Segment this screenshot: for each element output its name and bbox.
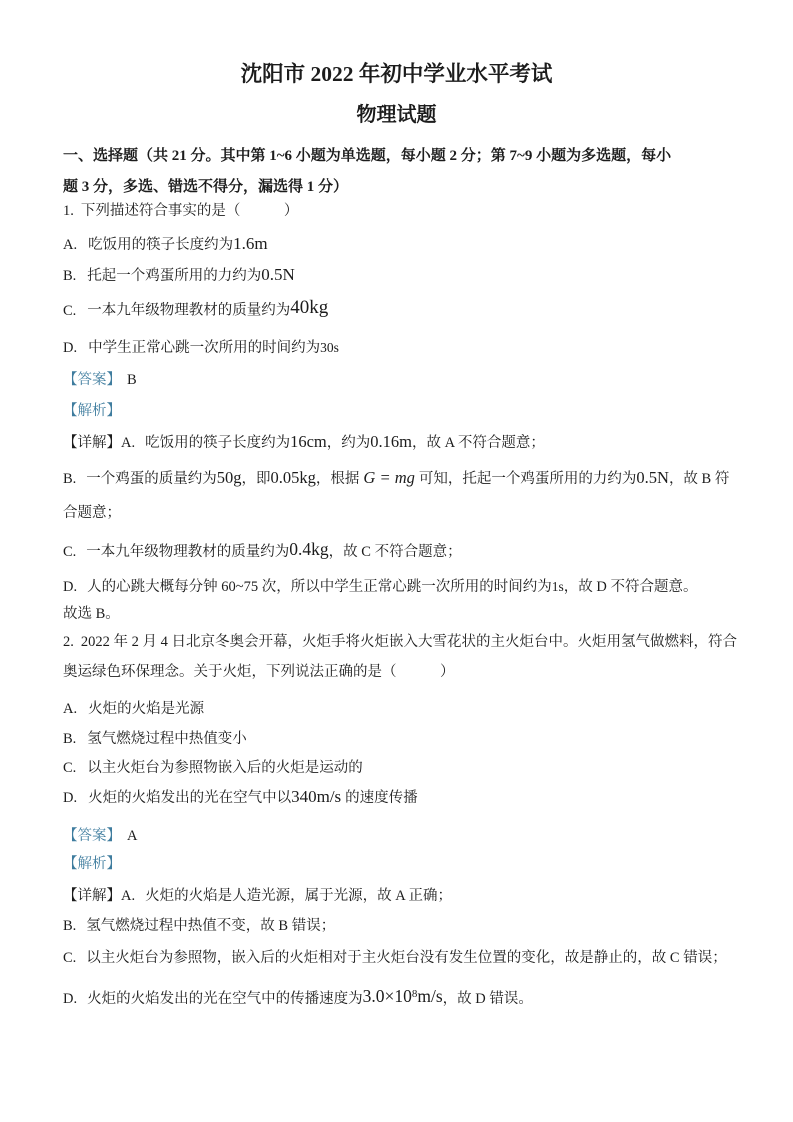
detail-text: ，根据 bbox=[316, 471, 360, 487]
detail-text: ，故 A 不符合题意； bbox=[412, 435, 545, 451]
math-value-unit: m/s bbox=[417, 986, 442, 1006]
detail-text: 合题意； bbox=[63, 505, 121, 521]
option-text: 一本九年级物理教材的质量约为 bbox=[87, 303, 290, 319]
q2-option-a: A.火炬的火焰是光源 bbox=[63, 699, 738, 720]
q2-stem-text: 奥运绿色环保理念。关于火炬，下列说法正确的是（ ） bbox=[63, 664, 455, 680]
detail-letter: A. bbox=[121, 435, 135, 451]
option-math-value: 340m/s bbox=[291, 787, 341, 806]
detail-text: 火炬的火焰发出的光在空气中的传播速度为 bbox=[87, 991, 363, 1007]
math-value: 0.4kg bbox=[289, 539, 328, 559]
analysis-label: 【解析】 bbox=[63, 403, 121, 419]
math-value: 16cm bbox=[290, 432, 327, 451]
q2-answer-row: 【答案】A bbox=[63, 826, 738, 847]
detail-text: 吃饭用的筷子长度约为 bbox=[145, 435, 290, 451]
detail-text: ，约为 bbox=[327, 435, 371, 451]
detail-label: 【详解】 bbox=[63, 435, 121, 451]
option-text: 以主火炬台为参照物嵌入后的火炬是运动的 bbox=[87, 760, 363, 776]
q1-analysis-row: 【解析】 bbox=[63, 401, 738, 422]
q1-detail-line-a: 【详解】A.吃饭用的筷子长度约为16cm，约为0.16m，故 A 不符合题意； bbox=[63, 431, 738, 454]
option-letter: A. bbox=[63, 237, 77, 253]
q2-analysis-row: 【解析】 bbox=[63, 854, 738, 875]
conclusion-text: 故选 B。 bbox=[63, 606, 120, 622]
detail-letter: C. bbox=[63, 544, 76, 560]
q1-detail-line-c: C.一本九年级物理教材的质量约为0.4kg，故 C 不符合题意； bbox=[63, 539, 738, 563]
detail-letter: C. bbox=[63, 950, 76, 966]
analysis-label: 【解析】 bbox=[63, 856, 121, 872]
detail-text: 一本九年级物理教材的质量约为 bbox=[86, 544, 289, 560]
detail-text: 以主火炬台为参照物，嵌入后的火炬相对于主火炬台没有发生位置的变化，故是静止的，故… bbox=[86, 950, 726, 966]
q1-number: 1. bbox=[63, 203, 74, 219]
option-letter: D. bbox=[63, 790, 77, 806]
option-text: 火炬的火焰是光源 bbox=[88, 701, 204, 717]
option-text: 中学生正常心跳一次所用的时间约为 bbox=[88, 340, 320, 356]
detail-text: 氢气燃烧过程中热值不变，故 B 错误； bbox=[86, 918, 335, 934]
detail-letter: D. bbox=[63, 579, 77, 595]
option-text: 氢气燃烧过程中热值变小 bbox=[87, 731, 247, 747]
q1-option-b: B.托起一个鸡蛋所用的力约为0.5N bbox=[63, 264, 738, 287]
q1-option-a: A.吃饭用的筷子长度约为1.6m bbox=[63, 233, 738, 256]
option-text: 火炬的火焰发出的光在空气中以 bbox=[88, 790, 291, 806]
q2-option-d: D.火炬的火焰发出的光在空气中以340m/s的速度传播 bbox=[63, 786, 738, 809]
q2-number: 2. bbox=[63, 634, 74, 650]
math-formula-G-equals-mg: G = mg bbox=[363, 468, 414, 487]
q2-option-c: C.以主火炬台为参照物嵌入后的火炬是运动的 bbox=[63, 758, 738, 779]
detail-text: ，故 D 不符合题意。 bbox=[564, 579, 698, 595]
section-heading-line2: 题 3 分，多选、错选不得分，漏选得 1 分） bbox=[63, 177, 738, 198]
q1-stem-text: 下列描述符合事实的是（ ） bbox=[81, 203, 299, 219]
option-text: 托起一个鸡蛋所用的力约为 bbox=[87, 268, 261, 284]
math-value: 0.5N bbox=[636, 468, 669, 487]
option-letter: B. bbox=[63, 268, 76, 284]
q1-stem: 1.下列描述符合事实的是（ ） bbox=[63, 201, 738, 222]
q2-stem-text: 2022 年 2 月 4 日北京冬奥会开幕，火炬手将火炬嵌入大雪花状的主火炬台中… bbox=[81, 634, 737, 650]
detail-text: ，即 bbox=[242, 471, 271, 487]
q1-detail-line-b-cont: 合题意； bbox=[63, 503, 738, 524]
q2-detail-line-d: D.火炬的火焰发出的光在空气中的传播速度为3.0×108m/s，故 D 错误。 bbox=[63, 986, 738, 1010]
option-letter: A. bbox=[63, 701, 77, 717]
q2-stem-line2: 奥运绿色环保理念。关于火炬，下列说法正确的是（ ） bbox=[63, 662, 738, 683]
detail-label: 【详解】 bbox=[63, 888, 121, 904]
math-value: 0.16m bbox=[370, 432, 412, 451]
detail-letter: B. bbox=[63, 471, 76, 487]
q2-answer-value: A bbox=[127, 828, 137, 844]
option-letter: B. bbox=[63, 731, 76, 747]
option-math-value: 30s bbox=[320, 340, 339, 355]
detail-letter: D. bbox=[63, 991, 77, 1007]
detail-letter: B. bbox=[63, 918, 76, 934]
detail-text: 人的心跳大概每分钟 60~75 次，所以中学生正常心跳一次所用的时间约为 bbox=[87, 579, 552, 595]
answer-label: 【答案】 bbox=[63, 828, 121, 844]
detail-text: ，故 B 符 bbox=[669, 471, 729, 487]
exam-title: 沈阳市 2022 年初中学业水平考试 bbox=[0, 64, 793, 85]
q2-option-b: B.氢气燃烧过程中热值变小 bbox=[63, 729, 738, 750]
q1-answer-value: B bbox=[127, 372, 137, 388]
section-heading-line1: 一、选择题（共 21 分。其中第 1~6 小题为单选题，每小题 2 分；第 7~… bbox=[63, 146, 738, 167]
option-letter: C. bbox=[63, 303, 76, 319]
q2-stem-line1: 2.2022 年 2 月 4 日北京冬奥会开幕，火炬手将火炬嵌入大雪花状的主火炬… bbox=[63, 632, 738, 653]
answer-label: 【答案】 bbox=[63, 372, 121, 388]
q1-option-d: D.中学生正常心跳一次所用的时间约为30s bbox=[63, 337, 738, 359]
option-letter: D. bbox=[63, 340, 77, 356]
detail-text: 可知，托起一个鸡蛋所用的力约为 bbox=[419, 471, 637, 487]
option-text: 吃饭用的筷子长度约为 bbox=[88, 237, 233, 253]
math-value: 50g bbox=[217, 468, 242, 487]
exam-document-page: 沈阳市 2022 年初中学业水平考试 物理试题 一、选择题（共 21 分。其中第… bbox=[0, 0, 793, 1122]
q1-detail-line-b: B.一个鸡蛋的质量约为50g，即0.05kg，根据G = mg可知，托起一个鸡蛋… bbox=[63, 467, 738, 490]
exam-subtitle: 物理试题 bbox=[0, 105, 793, 126]
math-value: 0.05kg bbox=[271, 468, 316, 487]
detail-text: ，故 D 错误。 bbox=[443, 991, 533, 1007]
math-value-mantissa: 3.0×10 bbox=[363, 986, 412, 1006]
option-math-value: 1.6m bbox=[233, 234, 267, 253]
option-math-value: 0.5N bbox=[261, 265, 295, 284]
q2-detail-line-a: 【详解】A.火炬的火焰是人造光源，属于光源，故 A 正确； bbox=[63, 886, 738, 907]
q1-option-c: C.一本九年级物理教材的质量约为40kg bbox=[63, 297, 738, 322]
detail-letter: A. bbox=[121, 888, 135, 904]
q1-detail-line-d: D.人的心跳大概每分钟 60~75 次，所以中学生正常心跳一次所用的时间约为1s… bbox=[63, 576, 738, 598]
q2-detail-line-b: B.氢气燃烧过程中热值不变，故 B 错误； bbox=[63, 916, 738, 937]
math-value: 1s bbox=[552, 579, 564, 594]
q1-conclusion: 故选 B。 bbox=[63, 604, 738, 625]
option-math-value: 40kg bbox=[290, 297, 328, 318]
detail-text: ，故 C 不符合题意； bbox=[329, 544, 462, 560]
option-letter: C. bbox=[63, 760, 76, 776]
q1-answer-row: 【答案】B bbox=[63, 370, 738, 391]
q2-detail-line-c: C.以主火炬台为参照物，嵌入后的火炬相对于主火炬台没有发生位置的变化，故是静止的… bbox=[63, 948, 738, 969]
option-text: 的速度传播 bbox=[345, 790, 418, 806]
detail-text: 火炬的火焰是人造光源，属于光源，故 A 正确； bbox=[145, 888, 452, 904]
detail-text: 一个鸡蛋的质量约为 bbox=[86, 471, 217, 487]
